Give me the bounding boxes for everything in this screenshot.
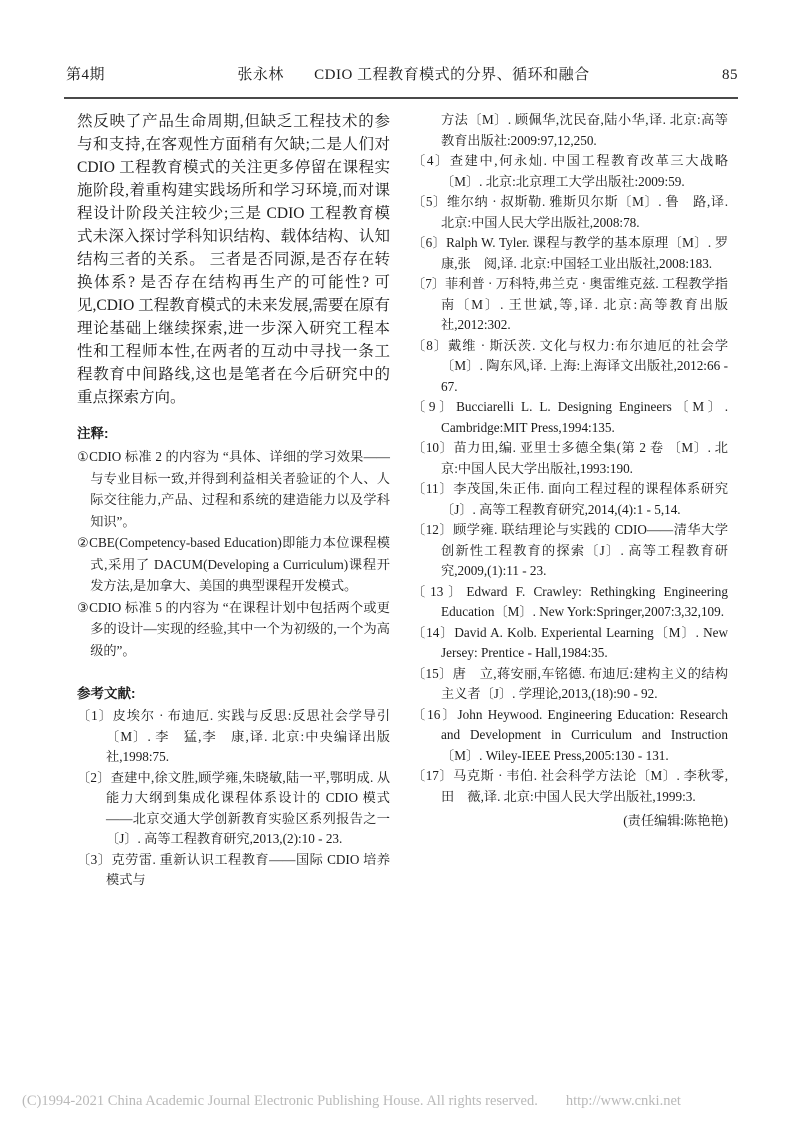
author-name: 张永林 — [237, 67, 284, 83]
ref-text: 皮埃尔 · 布迪厄. 实践与反思:反思社会学导引〔M〕. 李 猛,李 康,译. … — [106, 708, 390, 764]
issue-number: 第4期 — [66, 63, 105, 84]
ref-number: 〔16〕 — [412, 707, 458, 722]
ref-number: 〔13〕 — [412, 584, 466, 599]
ref-text: 查建中,何永灿. 中国工程教育改革三大战略〔M〕. 北京:北京理工大学出版社:2… — [441, 153, 728, 189]
ref-number: 〔2〕 — [77, 770, 111, 785]
ref-text: 克劳雷. 重新认识工程教育——国际 CDIO 培养模式与 — [106, 852, 390, 888]
ref-text: Ralph W. Tyler. 课程与教学的基本原理〔M〕. 罗 康,张 阅,译… — [441, 235, 741, 271]
ref-text: 戴维 · 斯沃茨. 文化与权力:布尔迪厄的社会学〔M〕. 陶东风,译. 上海:上… — [441, 338, 728, 394]
reference-item-5: 〔5〕维尔纳 · 叔斯勒. 雅斯贝尔斯〔M〕. 鲁 路,译. 北京:中国人民大学… — [412, 192, 728, 233]
ref-number: 〔7〕 — [412, 276, 445, 291]
reference-item-11: 〔11〕李茂国,朱正伟. 面向工程过程的课程体系研究〔J〕. 高等工程教育研究,… — [412, 479, 728, 520]
ref-text: Edward F. Crawley: Rethingking Engineeri… — [441, 584, 728, 620]
reference-item-2: 〔2〕查建中,徐文胜,顾学雍,朱晓敏,陆一平,鄂明成. 从能力大纲到集成化课程体… — [77, 768, 390, 850]
body-paragraph: 然反映了产品生命周期,但缺乏工程技术的参与和支持,在客观性方面稍有欠缺;二是人们… — [77, 110, 390, 409]
ref-text: 查建中,徐文胜,顾学雍,朱晓敏,陆一平,鄂明成. 从能力大纲到集成化课程体系设计… — [106, 770, 390, 847]
note-item-1: ①CDIO 标准 2 的内容为 “具体、详细的学习效果——与专业目标一致,并得到… — [77, 446, 390, 532]
reference-item-6: 〔6〕Ralph W. Tyler. 课程与教学的基本原理〔M〕. 罗 康,张 … — [412, 233, 728, 274]
reference-item-15: 〔15〕唐 立,蒋安丽,车铭德. 布迪厄:建构主义的结构主义者〔J〕. 学理论,… — [412, 664, 728, 705]
ref-text: 苗力田,编. 亚里士多德全集(第 2 卷 〔M〕. 北京:中国人民大学出版社,1… — [441, 440, 728, 476]
reference-item-3-continuation: 方法〔M〕. 顾佩华,沈民奋,陆小华,译. 北京:高等教育出版社:2009:97… — [412, 110, 728, 151]
reference-item-8: 〔8〕戴维 · 斯沃茨. 文化与权力:布尔迪厄的社会学〔M〕. 陶东风,译. 上… — [412, 336, 728, 398]
ref-text: 维尔纳 · 叔斯勒. 雅斯贝尔斯〔M〕. 鲁 路,译. 北京:中国人民大学出版社… — [441, 194, 728, 230]
note-item-3: ③CDIO 标准 5 的内容为 “在课程计划中包括两个或更多的设计—实现的经验,… — [77, 597, 390, 662]
reference-item-17: 〔17〕马克斯 · 韦伯. 社会科学方法论〔M〕. 李秋零,田 薇,译. 北京:… — [412, 766, 728, 807]
reference-item-13: 〔13〕Edward F. Crawley: Rethingking Engin… — [412, 582, 728, 623]
ref-text: 顾学雍. 联结理论与实践的 CDIO——清华大学创新性工程教育的探索〔J〕. 高… — [441, 522, 728, 578]
reference-item-14: 〔14〕David A. Kolb. Experiental Learning〔… — [412, 623, 728, 664]
ref-number: 〔11〕 — [412, 481, 453, 496]
ref-number: 〔4〕 — [412, 153, 450, 168]
reference-item-10: 〔10〕苗力田,编. 亚里士多德全集(第 2 卷 〔M〕. 北京:中国人民大学出… — [412, 438, 728, 479]
reference-item-16: 〔16〕John Heywood. Engineering Education:… — [412, 705, 728, 767]
copyright-text: (C)1994-2021 China Academic Journal Elec… — [22, 1092, 538, 1110]
ref-number: 〔10〕 — [412, 440, 453, 455]
ref-text: 菲利普 · 万科特,弗兰克 · 奥雷维克兹. 工程教学指南〔M〕. 王世斌,等,… — [441, 276, 728, 332]
ref-number: 〔14〕 — [412, 625, 454, 640]
page-header: 第4期 张永林 CDIO 工程教育模式的分界、循环和融合 85 — [66, 63, 738, 84]
notes-heading: 注释: — [77, 423, 390, 444]
ref-number: 〔6〕 — [412, 235, 446, 250]
ref-number: 〔1〕 — [77, 708, 113, 723]
ref-text: 马克斯 · 韦伯. 社会科学方法论〔M〕. 李秋零,田 薇,译. 北京:中国人民… — [441, 768, 728, 804]
reference-item-1: 〔1〕皮埃尔 · 布迪厄. 实践与反思:反思社会学导引〔M〕. 李 猛,李 康,… — [77, 706, 390, 768]
ref-number: 〔9〕 — [412, 399, 456, 414]
ref-text: 李茂国,朱正伟. 面向工程过程的课程体系研究〔J〕. 高等工程教育研究,2014… — [441, 481, 728, 517]
ref-number: 〔8〕 — [412, 338, 448, 353]
reference-item-4: 〔4〕查建中,何永灿. 中国工程教育改革三大战略〔M〕. 北京:北京理工大学出版… — [412, 151, 728, 192]
ref-text: John Heywood. Engineering Education: Res… — [441, 707, 728, 763]
ref-number: 〔3〕 — [77, 852, 111, 867]
header-rule — [64, 97, 738, 99]
ref-number: 〔17〕 — [412, 768, 453, 783]
left-column: 然反映了产品生命周期,但缺乏工程技术的参与和支持,在客观性方面稍有欠缺;二是人们… — [77, 110, 390, 891]
note-item-2: ②CBE(Competency-based Education)即能力本位课程模… — [77, 532, 390, 597]
ref-number: 〔12〕 — [412, 522, 453, 537]
references-heading: 参考文献: — [77, 683, 390, 704]
cnki-url: http://www.cnki.net — [566, 1092, 681, 1110]
running-title: 张永林 CDIO 工程教育模式的分界、循环和融合 — [105, 63, 722, 84]
reference-item-3: 〔3〕克劳雷. 重新认识工程教育——国际 CDIO 培养模式与 — [77, 850, 390, 891]
right-column: 方法〔M〕. 顾佩华,沈民奋,陆小华,译. 北京:高等教育出版社:2009:97… — [412, 110, 728, 831]
reference-item-9: 〔9〕Bucciarelli L. L. Designing Engineers… — [412, 397, 728, 438]
ref-text: David A. Kolb. Experiental Learning〔M〕. … — [441, 625, 728, 661]
ref-text: 唐 立,蒋安丽,车铭德. 布迪厄:建构主义的结构主义者〔J〕. 学理论,2013… — [441, 666, 728, 702]
journal-page: 第4期 张永林 CDIO 工程教育模式的分界、循环和融合 85 然反映了产品生命… — [0, 0, 800, 1131]
article-title: CDIO 工程教育模式的分界、循环和融合 — [314, 67, 589, 83]
editor-note: (责任编辑:陈艳艳) — [412, 810, 728, 831]
reference-item-12: 〔12〕顾学雍. 联结理论与实践的 CDIO——清华大学创新性工程教育的探索〔J… — [412, 520, 728, 582]
reference-item-7: 〔7〕菲利普 · 万科特,弗兰克 · 奥雷维克兹. 工程教学指南〔M〕. 王世斌… — [412, 274, 728, 336]
page-footer: (C)1994-2021 China Academic Journal Elec… — [22, 1092, 770, 1110]
ref-number: 〔5〕 — [412, 194, 447, 209]
page-number: 85 — [722, 67, 738, 84]
ref-number: 〔15〕 — [412, 666, 453, 681]
ref-text: Bucciarelli L. L. Designing Engineers〔M〕… — [441, 399, 728, 435]
